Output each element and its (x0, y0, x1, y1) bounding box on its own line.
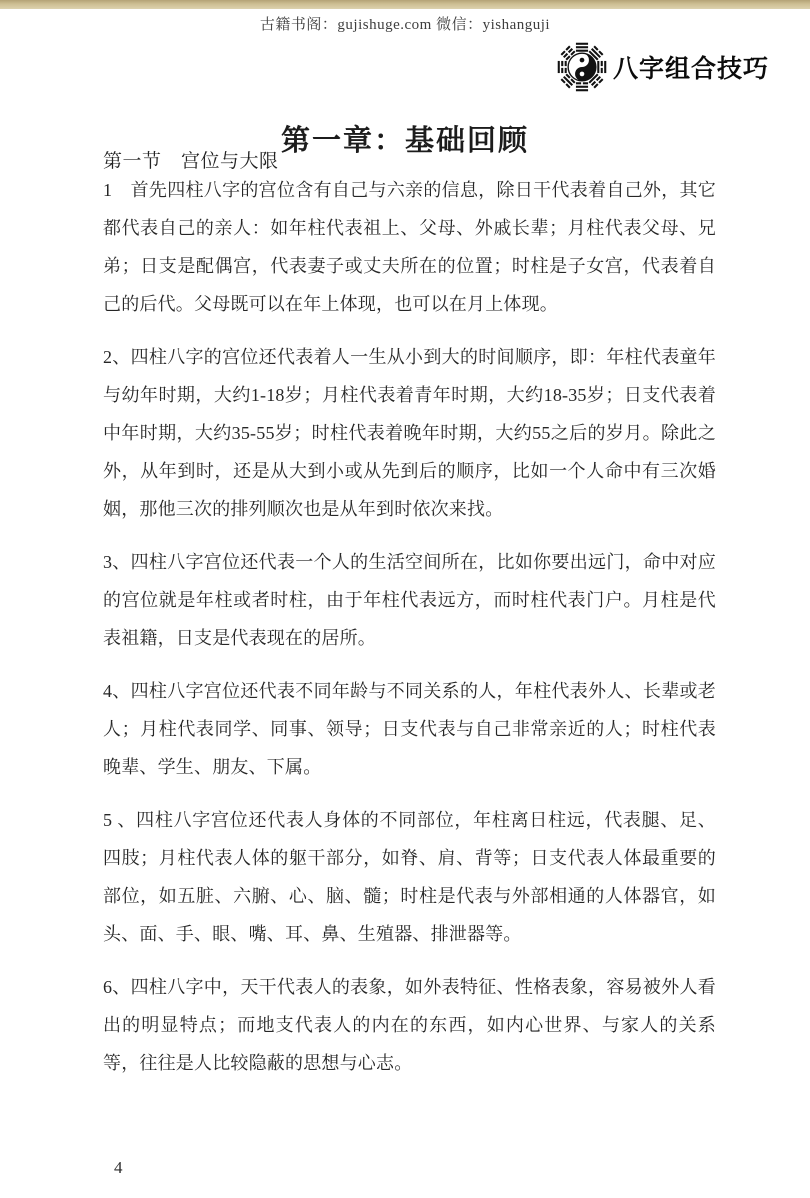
paragraph-5: 5 、四柱八字宫位还代表人身体的不同部位，年柱离日柱远，代表腿、足、四肢；月柱代… (103, 801, 716, 953)
paragraph-6: 6、四柱八字中，天干代表人的表象，如外表特征、性格表象，容易被外人看出的明显特点… (103, 968, 716, 1082)
page-number: 4 (114, 1158, 123, 1178)
brand-block: 八字组合技巧 (556, 41, 769, 93)
section-heading: 第一节 宫位与大限 (103, 146, 279, 173)
header-site-note: 古籍书阁：gujishuge.com 微信：yishanguji (0, 13, 810, 34)
body-text: 1 首先四柱八字的宫位含有自己与六亲的信息，除日干代表着自己外，其它都代表自己的… (103, 171, 716, 1097)
paragraph-2: 2、四柱八字的宫位还代表着人一生从小到大的时间顺序，即：年柱代表童年与幼年时期，… (103, 338, 716, 528)
brand-title: 八字组合技巧 (613, 49, 769, 85)
paragraph-4: 4、四柱八字宫位还代表不同年龄与不同关系的人，年柱代表外人、长辈或老人；月柱代表… (103, 672, 716, 786)
paragraph-3: 3、四柱八字宫位还代表一个人的生活空间所在，比如你要出远门，命中对应的宫位就是年… (103, 543, 716, 657)
top-decor-band (0, 0, 810, 9)
taiji-bagua-icon (556, 41, 608, 93)
paragraph-1: 1 首先四柱八字的宫位含有自己与六亲的信息，除日干代表着自己外，其它都代表自己的… (103, 171, 716, 323)
